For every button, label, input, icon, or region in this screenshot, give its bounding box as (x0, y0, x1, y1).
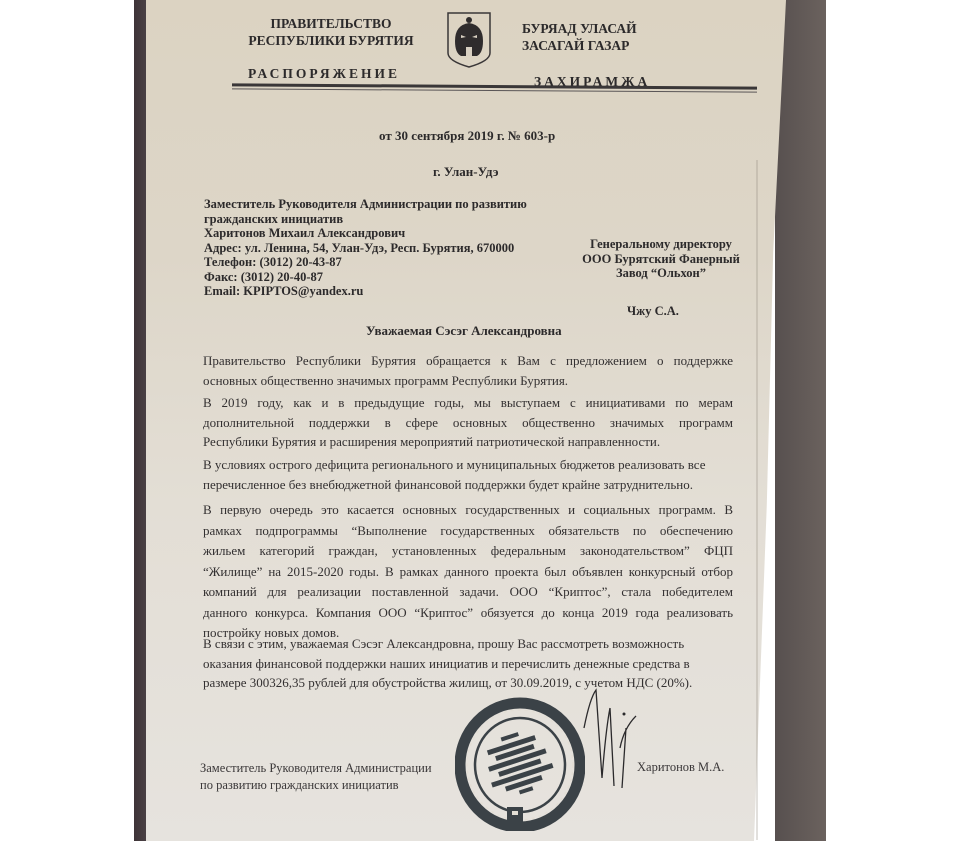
signer-position-line1: Заместитель Руководителя Администрации (200, 760, 432, 777)
paragraph-line: В связи с этим, уважаемая Сэсэг Александ… (203, 634, 733, 654)
letterhead-left-line2: РЕСПУБЛИКИ БУРЯТИЯ (246, 32, 416, 49)
paragraph-line: В первую очередь это касается основных г… (203, 500, 733, 521)
recipient-line1: Генеральному директору (580, 237, 742, 252)
recipient-block: Генеральному директору ООО Бурятский Фан… (580, 237, 742, 281)
paragraph-line: данного конкурса. Компания ООО “Криптос”… (203, 603, 733, 624)
sender-fax: Факс: (3012) 20-40-87 (204, 270, 527, 285)
paragraph-line: В 2019 году, как и в предыдущие годы, мы… (203, 393, 733, 413)
paragraph-2: В 2019 году, как и в предыдущие годы, мы… (203, 393, 733, 452)
recipient-line3: Завод “Ольхон” (580, 266, 742, 281)
sender-block: Заместитель Руководителя Администрации п… (204, 197, 527, 299)
paper-fold-shadow (756, 160, 758, 840)
photo-background-right (775, 0, 826, 841)
signer-position: Заместитель Руководителя Администрации п… (200, 760, 432, 794)
sender-title-line1: Заместитель Руководителя Администрации п… (204, 197, 527, 212)
signer-position-line2: по развитию гражданских инициатив (200, 777, 432, 794)
signer-name: Харитонов М.А. (637, 760, 724, 775)
paragraph-line: основных общественно значимых программ Р… (203, 371, 733, 391)
sender-address: Адрес: ул. Ленина, 54, Улан-Удэ, Респ. Б… (204, 241, 527, 256)
paragraph-line: В условиях острого дефицита региональног… (203, 455, 733, 475)
paragraph-4: В первую очередь это касается основных г… (203, 500, 733, 644)
paragraph-line: оказания финансовой поддержки наших иниц… (203, 654, 733, 674)
paragraph-line: рамках подпрограммы “Выполнение государс… (203, 521, 733, 542)
recipient-name: Чжу С.А. (627, 304, 679, 319)
sender-email: Email: KPIPTOS@yandex.ru (204, 284, 527, 299)
paragraph-line: Правительство Республики Бурятия обращае… (203, 351, 733, 371)
paragraph-line: компаний для реализации поставленной зад… (203, 582, 733, 603)
letterhead-right-line1: БУРЯАД УЛАСАЙ (522, 20, 637, 37)
handwritten-signature-icon (580, 688, 650, 798)
letterhead-left: ПРАВИТЕЛЬСТВО РЕСПУБЛИКИ БУРЯТИЯ (246, 15, 416, 49)
paragraph-line: дополнительной поддержки в сфере основны… (203, 413, 733, 433)
salutation: Уважаемая Сэсэг Александровна (366, 323, 562, 339)
paragraph-1: Правительство Республики Бурятия обращае… (203, 351, 733, 390)
paragraph-line: размере 300326,35 рублей для обустройств… (203, 673, 733, 693)
recipient-line2: ООО Бурятский Фанерный (580, 252, 742, 267)
round-seal-stamp-icon (455, 697, 585, 831)
sender-phone: Телефон: (3012) 20-43-87 (204, 255, 527, 270)
paragraph-line: Республики Бурятия и расширения мероприя… (203, 432, 733, 452)
photo-background-left (134, 0, 148, 841)
paragraph-5: В связи с этим, уважаемая Сэсэг Александ… (203, 634, 733, 693)
coat-of-arms-icon (446, 11, 492, 69)
order-date-number: от 30 сентября 2019 г. № 603-р (379, 128, 555, 144)
paragraph-3: В условиях острого дефицита региональног… (203, 455, 733, 494)
doc-type-ru: РАСПОРЯЖЕНИЕ (248, 66, 400, 82)
paragraph-line: “Жилище” на 2015-2020 годы. В рамках дан… (203, 562, 733, 583)
sender-name: Харитонов Михаил Александрович (204, 226, 527, 241)
letterhead-right: БУРЯАД УЛАСАЙ ЗАСАГАЙ ГАЗАР (522, 20, 637, 54)
sender-title-line2: гражданских инициатив (204, 212, 527, 227)
city: г. Улан-Удэ (433, 164, 498, 180)
paragraph-line: жильем категорий граждан, установленных … (203, 541, 733, 562)
letterhead-right-line2: ЗАСАГАЙ ГАЗАР (522, 37, 637, 54)
paragraph-line: перечисленное без внебюджетной финансово… (203, 475, 733, 495)
letterhead-left-line1: ПРАВИТЕЛЬСТВО (246, 15, 416, 32)
